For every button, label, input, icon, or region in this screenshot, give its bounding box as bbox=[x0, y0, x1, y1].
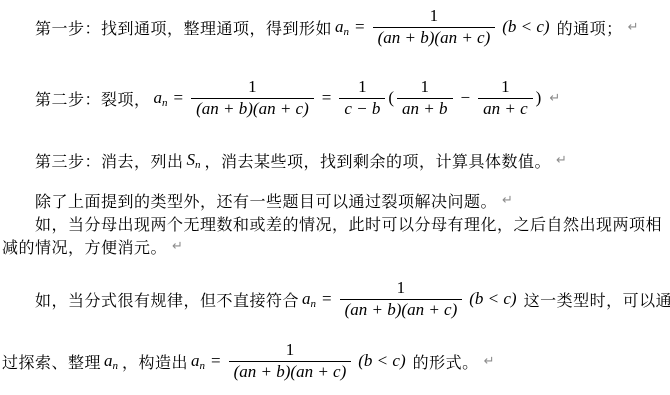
var-a: a bbox=[154, 88, 163, 108]
paragraph-mark-icon: ↵ bbox=[556, 153, 567, 168]
fraction-first: 1 an + b bbox=[397, 77, 452, 119]
note-paragraph: 除了上面提到的类型外，还有一些题目可以通过裂项解决问题。 ↵ bbox=[2, 188, 668, 212]
fraction-second: 1 an + c bbox=[478, 77, 533, 119]
fraction-numerator: 1 bbox=[497, 77, 514, 97]
fraction-denominator: (an + b)(an + c) bbox=[229, 361, 352, 382]
rationalize-text-line1: 如，当分母出现两个无理数和或差的情况，此时可以分母有理化，之后自然出现两项相 bbox=[35, 212, 662, 235]
rationalize-paragraph-line2: 减的情况，方便消元。 ↵ bbox=[2, 235, 668, 258]
paragraph-mark-icon: ↵ bbox=[502, 193, 513, 208]
var-a: a bbox=[335, 17, 344, 37]
construct-text-post: 这一类型时，可以通 bbox=[524, 288, 670, 311]
var-a: a bbox=[104, 351, 113, 371]
construct-text-pre: 如，当分式很有规律，但不直接符合 bbox=[35, 288, 299, 311]
sub-n: n bbox=[344, 26, 350, 38]
construct-paragraph-line2: 过探索、整理 an ，构造出 an = 1 (an + b)(an + c) (… bbox=[2, 332, 668, 390]
equals-sign: = bbox=[355, 17, 365, 37]
construct2-text-mid: ，构造出 bbox=[122, 350, 188, 373]
rationalize-paragraph-line1: 如，当分母出现两个无理数和或差的情况，此时可以分母有理化，之后自然出现两项相 bbox=[2, 212, 668, 235]
paragraph-mark-icon: ↵ bbox=[172, 239, 183, 254]
formula-general-term: an = 1 (an + b)(an + c) (b < c) bbox=[335, 6, 554, 48]
symbol-Sn: Sn bbox=[187, 150, 202, 170]
equals-sign: = bbox=[322, 88, 332, 108]
fraction-numerator: 1 bbox=[354, 77, 371, 97]
sub-n: n bbox=[195, 159, 201, 171]
sub-n: n bbox=[162, 97, 168, 109]
fraction-denominator: (an + b)(an + c) bbox=[340, 299, 463, 320]
step1-text: 第一步：找到通项，整理通项，得到形如 bbox=[35, 16, 332, 39]
step1-paragraph: 第一步：找到通项，整理通项，得到形如 an = 1 (an + b)(an + … bbox=[2, 0, 668, 54]
formula-general-term: an = 1 (an + b)(an + c) (b < c) bbox=[191, 340, 410, 382]
minus-sign: − bbox=[461, 88, 471, 108]
fraction: 1 (an + b)(an + c) bbox=[340, 278, 463, 320]
fraction-numerator: 1 bbox=[426, 6, 443, 26]
fraction-numerator: 1 bbox=[244, 77, 261, 97]
condition-b-lt-c: (b < c) bbox=[502, 17, 549, 37]
document-page: 第一步：找到通项，整理通项，得到形如 an = 1 (an + b)(an + … bbox=[0, 0, 670, 395]
fraction-numerator: 1 bbox=[393, 278, 410, 298]
close-paren: ) bbox=[536, 88, 542, 108]
paragraph-mark-icon: ↵ bbox=[549, 91, 560, 106]
step3-paragraph: 第三步：消去，列出 Sn ，消去某些项，找到剩余的项，计算具体数值。 ↵ bbox=[2, 148, 668, 172]
fraction-denominator: (an + b)(an + c) bbox=[191, 98, 314, 119]
note-text: 除了上面提到的类型外，还有一些题目可以通过裂项解决问题。 bbox=[35, 189, 497, 212]
fraction-numerator: 1 bbox=[417, 77, 434, 97]
formula-general-term: an = 1 (an + b)(an + c) (b < c) bbox=[302, 278, 521, 320]
fraction-coefficient: 1 c − b bbox=[339, 77, 385, 119]
var-S: S bbox=[187, 150, 196, 170]
step2-text: 第二步：裂项， bbox=[35, 87, 151, 110]
open-paren: ( bbox=[388, 88, 394, 108]
paragraph-mark-icon: ↵ bbox=[484, 354, 495, 369]
condition-b-lt-c: (b < c) bbox=[469, 289, 516, 309]
paragraph-mark-icon: ↵ bbox=[628, 20, 639, 35]
fraction-denominator: an + b bbox=[397, 98, 452, 119]
sub-n: n bbox=[311, 298, 317, 310]
fraction: 1 (an + b)(an + c) bbox=[191, 77, 314, 119]
fraction: 1 (an + b)(an + c) bbox=[229, 340, 352, 382]
step3-text-post: ，消去某些项，找到剩余的项，计算具体数值。 bbox=[205, 149, 552, 172]
var-a: a bbox=[191, 351, 200, 371]
construct2-text-post: 的形式。 bbox=[413, 350, 479, 373]
equals-sign: = bbox=[211, 351, 221, 371]
equals-sign: = bbox=[322, 289, 332, 309]
condition-b-lt-c: (b < c) bbox=[358, 351, 405, 371]
fraction: 1 (an + b)(an + c) bbox=[373, 6, 496, 48]
step3-text-pre: 第三步：消去，列出 bbox=[35, 149, 184, 172]
sub-n: n bbox=[200, 360, 206, 372]
fraction-denominator: an + c bbox=[478, 98, 533, 119]
step1-suffix: 的通项； bbox=[557, 16, 623, 39]
rationalize-text-line2: 减的情况，方便消元。 bbox=[2, 235, 167, 258]
construct-paragraph-line1: 如，当分式很有规律，但不直接符合 an = 1 (an + b)(an + c)… bbox=[2, 268, 668, 330]
construct2-text-pre: 过探索、整理 bbox=[2, 350, 101, 373]
formula-split-term: an = 1 (an + b)(an + c) = 1 c − b ( 1 an… bbox=[154, 77, 542, 119]
fraction-numerator: 1 bbox=[282, 340, 299, 360]
fraction-denominator: (an + b)(an + c) bbox=[373, 27, 496, 48]
fraction-denominator: c − b bbox=[339, 98, 385, 119]
symbol-an: an bbox=[104, 351, 119, 371]
equals-sign: = bbox=[174, 88, 184, 108]
var-a: a bbox=[302, 289, 311, 309]
sub-n: n bbox=[113, 360, 119, 372]
step2-paragraph: 第二步：裂项， an = 1 (an + b)(an + c) = 1 c − … bbox=[2, 68, 668, 128]
